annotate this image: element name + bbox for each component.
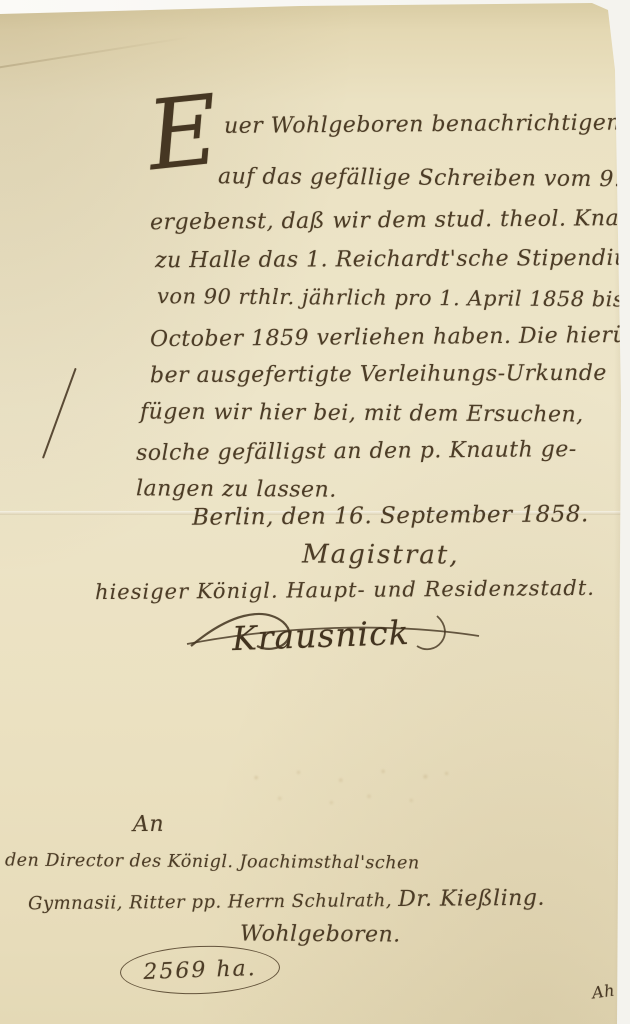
address-salutation: An xyxy=(133,812,164,837)
addressee-name: Dr. Kießling. xyxy=(398,886,545,912)
letter-body-line: ber ausgefertigte Verleihungs-Urkunde xyxy=(150,361,607,388)
address-honorific: Wohlgeboren. xyxy=(240,921,401,947)
letter-body-line: uer Wohlgeboren benachrichtigen wir xyxy=(224,110,630,139)
corner-initials: Ah xyxy=(591,981,616,1003)
letter-body-line: October 1859 verliehen haben. Die hierü- xyxy=(150,323,630,352)
letter-body-line: ergebenst, daß wir dem stud. theol. Knau… xyxy=(150,206,630,235)
margin-slash-mark xyxy=(42,368,77,459)
scanned-document: E uer Wohlgeboren benachrichtigen wir au… xyxy=(0,0,630,1024)
address-line: Gymnasii, Ritter pp. Herrn Schulrath, Dr… xyxy=(28,886,545,916)
sender-name: Magistrat, xyxy=(302,539,460,570)
dateline: Berlin, den 16. September 1858. xyxy=(192,501,589,530)
letter-body-line: solche gefälligst an den p. Knauth ge- xyxy=(136,437,577,466)
paper-sheet: E uer Wohlgeboren benachrichtigen wir au… xyxy=(0,0,630,1024)
paper-edge-shadow xyxy=(614,0,630,1024)
ink-bleedthrough xyxy=(228,762,463,814)
registry-number-oval: 2569 ha. xyxy=(119,943,281,997)
signature: Krausnick xyxy=(231,613,410,658)
address-line: den Director des Königl. Joachimsthal'sc… xyxy=(5,851,420,874)
letter-body-line: langen zu lassen. xyxy=(136,476,337,502)
letter-body-line: zu Halle das 1. Reichardt'sche Stipendiu… xyxy=(155,246,630,274)
drop-cap-initial: E xyxy=(144,87,223,180)
letter-body-line: auf das gefällige Schreiben vom 9. d. Mt… xyxy=(218,164,630,192)
address-line2-prefix: Gymnasii, Ritter pp. Herrn Schulrath, xyxy=(28,890,398,914)
letter-body-line: fügen wir hier bei, mit dem Ersuchen, xyxy=(140,399,584,427)
registry-number: 2569 ha. xyxy=(143,956,257,985)
paper-crease xyxy=(0,36,189,69)
letter-body-line: von 90 rthlr. jährlich pro 1. April 1858… xyxy=(157,284,630,312)
